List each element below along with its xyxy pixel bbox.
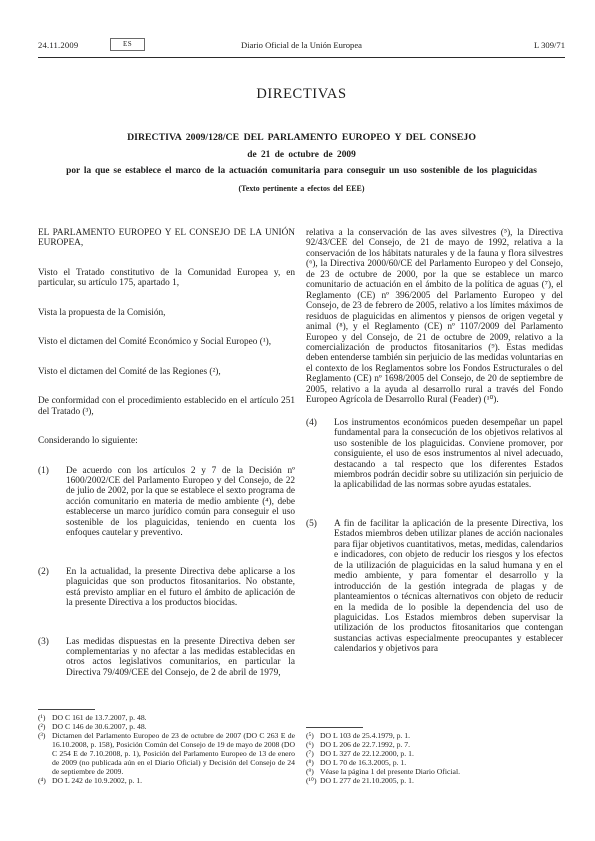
left-footnotes: (¹) DO C 161 de 13.7.2007, p. 48. (²) DO… (38, 709, 295, 785)
footnote-number: (⁸) (306, 758, 314, 767)
recital-1: (1) De acuerdo con los artículos 2 y 7 d… (38, 466, 295, 539)
footnote-10: (¹⁰) DO L 277 de 21.10.2005, p. 1. (306, 776, 563, 785)
footnote-text: DO L 242 de 10.9.2002, p. 1. (52, 776, 142, 785)
footnote-number: (⁷) (306, 749, 314, 758)
title-block: DIRECTIVAS DIRECTIVA 2009/128/CE DEL PAR… (38, 86, 565, 193)
footnote-9: (⁹) Véase la página 1 del presente Diari… (306, 767, 563, 776)
preamble-parties: EL PARLAMENTO EUROPEO Y EL CONSEJO DE LA… (38, 228, 295, 249)
recital-number: (3) (38, 637, 49, 647)
preamble-proposal: Vista la propuesta de la Comisión, (38, 308, 295, 318)
footnote-rule (306, 727, 363, 728)
footnote-5: (⁵) DO L 103 de 25.4.1979, p. 1. (306, 731, 563, 740)
footnote-number: (¹) (38, 713, 45, 722)
preamble-treaty: Visto el Tratado constitutivo de la Comu… (38, 268, 295, 289)
footnote-1: (¹) DO C 161 de 13.7.2007, p. 48. (38, 713, 295, 722)
footnote-text: DO C 146 de 30.6.2007, p. 48. (52, 722, 147, 731)
recital-5: (5) A fin de facilitar la aplicación de … (306, 519, 563, 655)
footnote-number: (⁴) (38, 776, 46, 785)
footnote-2: (²) DO C 146 de 30.6.2007, p. 48. (38, 722, 295, 731)
footnote-number: (³) (38, 731, 45, 740)
directive-date: de 21 de octubre de 2009 (38, 150, 565, 160)
recital-number: (2) (38, 567, 49, 577)
header-rule (38, 57, 565, 58)
left-column: EL PARLAMENTO EUROPEO Y EL CONSEJO DE LA… (38, 222, 295, 787)
footnote-number: (⁹) (306, 767, 314, 776)
section-heading: DIRECTIVAS (38, 86, 565, 103)
footnote-number: (⁶) (306, 740, 314, 749)
right-footnotes: (⁵) DO L 103 de 25.4.1979, p. 1. (⁶) DO … (306, 727, 563, 785)
recital-2: (2) En la actualidad, la presente Direct… (38, 567, 295, 609)
page-header: 24.11.2009 ES Diario Oficial de la Unión… (38, 38, 565, 54)
preamble-whereas: Considerando lo siguiente: (38, 436, 295, 446)
recital-text: De acuerdo con los artículos 2 y 7 de la… (66, 466, 295, 539)
recital-number: (5) (306, 519, 317, 529)
directive-subject: por la que se establece el marco de la a… (62, 166, 542, 177)
footnote-4: (⁴) DO L 242 de 10.9.2002, p. 1. (38, 776, 295, 785)
footnote-number: (²) (38, 722, 45, 731)
footnote-text: DO L 277 de 21.10.2005, p. 1. (320, 776, 414, 785)
recital-text: Los instrumentos económicos pueden desem… (334, 418, 563, 491)
footnote-text: DO L 327 de 22.12.2000, p. 1. (320, 749, 414, 758)
footnote-number: (⁵) (306, 731, 314, 740)
recital-text: Las medidas dispuestas en la presente Di… (66, 637, 295, 679)
directive-title: DIRECTIVA 2009/128/CE DEL PARLAMENTO EUR… (38, 132, 565, 143)
recital-4: (4) Los instrumentos económicos pueden d… (306, 418, 563, 491)
recital-3-continuation: relativa a la conservación de las aves s… (306, 228, 563, 406)
footnote-text: DO L 103 de 25.4.1979, p. 1. (320, 731, 410, 740)
preamble-eesc-opinion: Visto el dictamen del Comité Económico y… (38, 337, 295, 347)
journal-title: Diario Oficial de la Unión Europea (38, 40, 565, 50)
recital-3: (3) Las medidas dispuestas en la present… (38, 637, 295, 679)
eee-relevance-note: (Texto pertinente a efectos del EEE) (38, 184, 565, 193)
footnote-text: DO L 70 de 16.3.2005, p. 1. (320, 758, 406, 767)
footnote-7: (⁷) DO L 327 de 22.12.2000, p. 1. (306, 749, 563, 758)
footnote-6: (⁶) DO L 206 de 22.7.1992, p. 7. (306, 740, 563, 749)
footnote-rule (38, 709, 95, 710)
footnote-text: Dictamen del Parlamento Europeo de 23 de… (52, 731, 295, 776)
page-reference: L 309/71 (534, 40, 565, 50)
recital-text: A fin de facilitar la aplicación de la p… (334, 519, 563, 655)
recital-number: (4) (306, 418, 317, 428)
footnote-text: DO C 161 de 13.7.2007, p. 48. (52, 713, 147, 722)
preamble-cor-opinion: Visto el dictamen del Comité de las Regi… (38, 367, 295, 377)
recital-text: En la actualidad, la presente Directiva … (66, 567, 295, 609)
recital-number: (1) (38, 466, 49, 476)
preamble-procedure: De conformidad con el procedimiento esta… (38, 396, 295, 417)
footnote-3: (³) Dictamen del Parlamento Europeo de 2… (38, 731, 295, 776)
footnote-text: DO L 206 de 22.7.1992, p. 7. (320, 740, 410, 749)
official-journal-page: 24.11.2009 ES Diario Oficial de la Unión… (0, 0, 595, 841)
footnote-number: (¹⁰) (306, 776, 317, 785)
footnote-text: Véase la página 1 del presente Diario Of… (320, 767, 460, 776)
right-column: relativa a la conservación de las aves s… (306, 222, 563, 787)
footnote-8: (⁸) DO L 70 de 16.3.2005, p. 1. (306, 758, 563, 767)
